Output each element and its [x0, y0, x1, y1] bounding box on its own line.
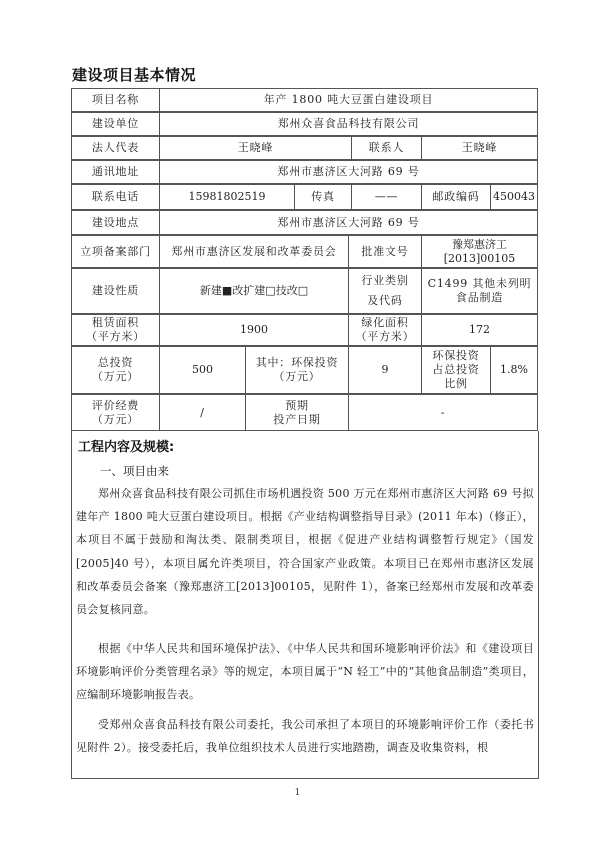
- legal-rep-label: 法人代表: [71, 136, 160, 160]
- green-area-label: 绿化面积 （平方米）: [348, 314, 422, 346]
- lease-area-label: 租赁面积 （平方米）: [71, 314, 160, 346]
- address-label: 通讯地址: [71, 160, 160, 184]
- nature-label: 建设性质: [71, 268, 160, 314]
- postcode-label: 邮政编码: [421, 184, 491, 210]
- prod-date-label: 预期 投产日期: [245, 394, 349, 431]
- page-title: 建设项目基本情况: [72, 64, 196, 85]
- project-name-value: 年产 1800 吨大豆蛋白建设项目: [159, 88, 538, 112]
- prod-date-value: -: [348, 394, 538, 431]
- eval-fee-label: 评价经费 （万元）: [71, 394, 160, 431]
- industry-label: 行业类别 及代码: [348, 268, 422, 314]
- env-invest-label: 其中：环保投资 （万元）: [245, 346, 349, 394]
- nature-value: 新建■改扩建□技改□: [159, 268, 349, 314]
- page-number: 1: [0, 788, 595, 798]
- project-name-label: 项目名称: [71, 88, 160, 112]
- total-invest-label: 总投资 （万元）: [71, 346, 160, 394]
- legal-rep-value: 王晓峰: [159, 136, 352, 160]
- site-label: 建设地点: [71, 210, 160, 235]
- section-heading: 工程内容及规模:: [78, 436, 174, 455]
- dept-label: 立项备案部门: [71, 235, 160, 268]
- contact-value: 王晓峰: [421, 136, 538, 160]
- approval-label: 批准文号: [348, 235, 422, 268]
- phone-value: 15981802519: [159, 184, 295, 210]
- env-invest-value: 9: [348, 346, 422, 394]
- paragraph-commission: 受郑州众喜食品科技有限公司委托，我公司承担了本项目的环境影响评价工作（委托书见附…: [76, 713, 534, 759]
- fax-label: 传真: [294, 184, 352, 210]
- section-subheading: 一、项目由来: [100, 463, 169, 479]
- total-invest-value: 500: [159, 346, 246, 394]
- approval-value: 豫郑惠济工 [2013]00105: [421, 235, 538, 268]
- env-ratio-value: 1.8%: [490, 346, 538, 394]
- unit-label: 建设单位: [71, 112, 160, 136]
- eval-fee-value: /: [159, 394, 246, 431]
- site-value: 郑州市惠济区大河路 69 号: [159, 210, 538, 235]
- lease-area-value: 1900: [159, 314, 349, 346]
- unit-value: 郑州众喜食品科技有限公司: [159, 112, 538, 136]
- dept-value: 郑州市惠济区发展和改革委员会: [159, 235, 349, 268]
- fax-value: ——: [351, 184, 422, 210]
- postcode-value: 450043: [490, 184, 538, 210]
- paragraph-regulations: 根据《中华人民共和国环境保护法》、《中华人民共和国环境影响评价法》和《建设项目环…: [76, 637, 534, 707]
- industry-value: C1499 其他未列明 食品制造: [421, 268, 538, 314]
- contact-label: 联系人: [351, 136, 422, 160]
- paragraph-origin: 郑州众喜食品科技有限公司抓住市场机遇投资 500 万元在郑州市惠济区大河路 69…: [76, 482, 534, 621]
- address-value: 郑州市惠济区大河路 69 号: [159, 160, 538, 184]
- phone-label: 联系电话: [71, 184, 160, 210]
- green-area-value: 172: [421, 314, 538, 346]
- env-ratio-label: 环保投资 占总投资 比例: [421, 346, 491, 394]
